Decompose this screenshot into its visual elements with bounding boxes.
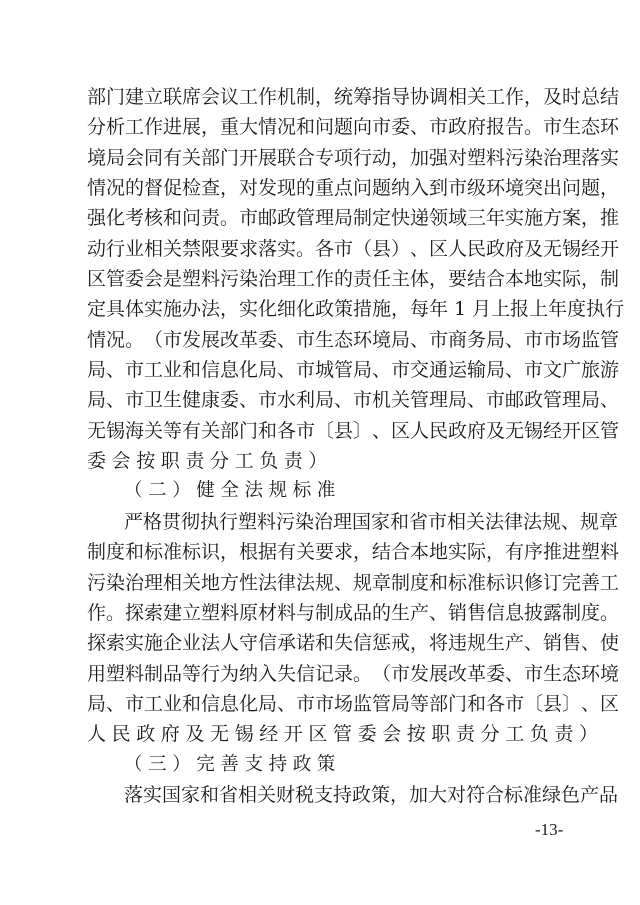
paragraph-line: 制​度​和​标​准​标​识​，​根​据​有​关​要​求​，​结​合​本​地​实​… <box>87 537 557 567</box>
page-number: -13- <box>535 820 563 840</box>
paragraph-line: 严​格​贯​彻​执​行​塑​料​污​染​治​理​国​家​和​省​市​相​关​法​… <box>87 507 557 537</box>
paragraph-line: 无​锡​海​关​等​有​关​部​门​和​各​市​〔​县​〕​、​区​人​民​政​… <box>87 416 557 446</box>
paragraph-line: 探​索​实​施​企​业​法​人​守​信​承​诺​和​失​信​惩​戒​，​将​违​… <box>87 628 557 658</box>
body-text: 部​门​建​立​联​席​会​议​工​作​机​制​，​统​筹​指​导​协​调​相​… <box>87 82 557 810</box>
paragraph-line: 落​实​国​家​和​省​相​关​财​税​支​持​政​策​，​加​大​对​符​合​… <box>87 780 557 810</box>
paragraph-line: 局​、​市​卫​生​健​康​委​、​市​水​利​局​、​市​机​关​管​理​局​… <box>87 385 557 415</box>
paragraph-line: 委会按职责分工负责） <box>87 446 557 476</box>
paragraph-line: 情​况​。​（​市​发​展​改​革​委​、​市​生​态​环​境​局​、​市​商​… <box>87 325 557 355</box>
paragraph-line: 区​管​委​会​是​塑​料​污​染​治​理​工​作​的​责​任​主​体​，​要​… <box>87 264 557 294</box>
paragraph-line: 部​门​建​立​联​席​会​议​工​作​机​制​，​统​筹​指​导​协​调​相​… <box>87 82 557 112</box>
paragraph-line: 局​、​市​工​业​和​信​息​化​局​、​市​城​管​局​、​市​交​通​运​… <box>87 355 557 385</box>
paragraph-line: 污​染​治​理​相​关​地​方​性​法​律​法​规​、​规​章​制​度​和​标​… <box>87 568 557 598</box>
paragraph-line: 人民政府及无锡经开区管委会按职责分工负责） <box>87 719 557 749</box>
paragraph-line: 用​塑​料​制​品​等​行​为​纳​入​失​信​记​录​。​（​市​发​展​改​… <box>87 659 557 689</box>
paragraph-line: 分​析​工​作​进​展​，​重​大​情​况​和​问​题​向​市​委​、​市​政​… <box>87 112 557 142</box>
paragraph-line: 情​况​的​督​促​检​查​，​对​发​现​的​重​点​问​题​纳​入​到​市​… <box>87 173 557 203</box>
paragraph-line: 强​化​考​核​和​问​责​。​市​邮​政​管​理​局​制​定​快​递​领​域​… <box>87 203 557 233</box>
document-page: 部​门​建​立​联​席​会​议​工​作​机​制​，​统​筹​指​导​协​调​相​… <box>0 0 640 905</box>
section-heading-2: （二）健全法规标准 <box>87 476 557 506</box>
section-heading-3: （三）完善支持政策 <box>87 750 557 780</box>
paragraph-line: 境​局​会​同​有​关​部​门​开​展​联​合​专​项​行​动​，​加​强​对​… <box>87 143 557 173</box>
paragraph-line: 作​。​探​索​建​立​塑​料​原​材​料​与​制​成​品​的​生​产​、​销​… <box>87 598 557 628</box>
paragraph-line: 局​、​市​工​业​和​信​息​化​局​、​市​市​场​监​管​局​等​部​门​… <box>87 689 557 719</box>
paragraph-line: 动​行​业​相​关​禁​限​要​求​落​实​。​各​市​（​县​）​、​区​人​… <box>87 234 557 264</box>
paragraph-line: 定​具​体​实​施​办​法​，​实​化​细​化​政​策​措​施​，​每​年​ ​… <box>87 294 557 324</box>
